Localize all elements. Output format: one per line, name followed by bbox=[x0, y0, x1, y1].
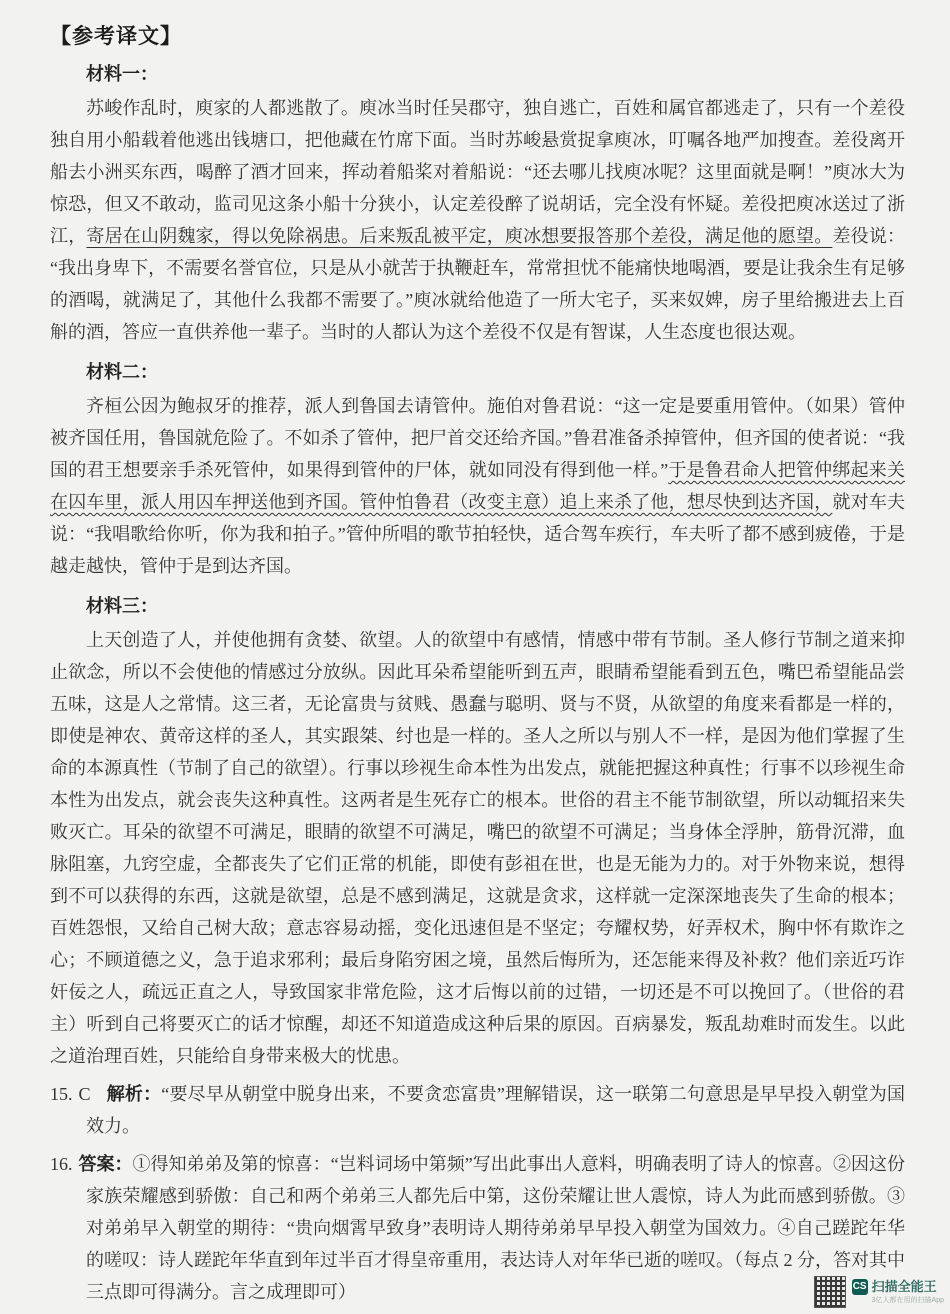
material-2-paragraph: 齐桓公因为鲍叔牙的推荐，派人到鲁国去请管仲。施伯对鲁君说：“这一定是要重用管仲。… bbox=[50, 390, 905, 582]
material-3-section: 材料三： 上天创造了人，并使他拥有贪婪、欲望。人的欲望中有感情，情感中带有节制。… bbox=[50, 592, 905, 1072]
material-3-heading: 材料三： bbox=[86, 592, 905, 618]
document-page: 【参考译文】 材料一： 苏峻作乱时，庾家的人都逃散了。庾冰当时任吴郡守，独自逃亡… bbox=[0, 0, 950, 1308]
underlined-text-segment: 寄居在山阴魏家，得以免除祸患。后来叛乱被平定，庾冰想要报答那个差役，满足他的愿望… bbox=[86, 226, 832, 246]
material-3-paragraph: 上天创造了人，并使他拥有贪婪、欲望。人的欲望中有感情，情感中带有节制。圣人修行节… bbox=[50, 624, 905, 1072]
question-number: 15. bbox=[50, 1084, 73, 1104]
material-1-paragraph: 苏峻作乱时，庾家的人都逃散了。庾冰当时任吴郡守，独自逃亡，百姓和属官都逃走了，只… bbox=[50, 92, 905, 348]
qr-code-icon bbox=[814, 1276, 846, 1308]
answer-label: 答案： bbox=[79, 1154, 133, 1174]
watermark-text: CS 扫描全能王 3亿人都在用的扫描App bbox=[852, 1279, 944, 1305]
cs-logo-icon: CS bbox=[852, 1279, 868, 1295]
answer-item-16: 16.答案：①得知弟弟及第的惊喜：“岂料词场中第频”写出此事出人意料，明确表明了… bbox=[50, 1148, 905, 1308]
material-1-section: 材料一： 苏峻作乱时，庾家的人都逃散了。庾冰当时任吴郡守，独自逃亡，百姓和属官都… bbox=[50, 60, 905, 348]
material-1-heading: 材料一： bbox=[86, 60, 905, 86]
scanner-watermark: CS 扫描全能王 3亿人都在用的扫描App bbox=[814, 1276, 944, 1308]
analysis-label: 解析： bbox=[107, 1084, 162, 1104]
answer-item-15: 15.C解析：“要尽早从朝堂中脱身出来，不要贪恋富贵”理解错误，这一联第二句意思… bbox=[50, 1078, 905, 1142]
analysis-text: “要尽早从朝堂中脱身出来，不要贪恋富贵”理解错误，这一联第二句意思是早早投入朝堂… bbox=[86, 1084, 905, 1136]
answer-choice: C bbox=[79, 1084, 91, 1104]
text-segment: 苏峻作乱时，庾家的人都逃散了。庾冰当时任吴郡守，独自逃亡，百姓和属官都逃走了，只… bbox=[50, 98, 905, 246]
question-number: 16. bbox=[50, 1154, 73, 1174]
material-2-heading: 材料二： bbox=[86, 358, 905, 384]
text-segment: 上天创造了人，并使他拥有贪婪、欲望。人的欲望中有感情，情感中带有节制。圣人修行节… bbox=[50, 630, 905, 1066]
watermark-subtitle: 3亿人都在用的扫描App bbox=[872, 1297, 944, 1305]
material-2-section: 材料二： 齐桓公因为鲍叔牙的推荐，派人到鲁国去请管仲。施伯对鲁君说：“这一定是要… bbox=[50, 358, 905, 582]
reference-translation-title: 【参考译文】 bbox=[50, 20, 905, 50]
answer-text: ①得知弟弟及第的惊喜：“岂料词场中第频”写出此事出人意料，明确表明了诗人的惊喜。… bbox=[86, 1154, 905, 1302]
watermark-app-name: 扫描全能王 bbox=[872, 1280, 937, 1294]
